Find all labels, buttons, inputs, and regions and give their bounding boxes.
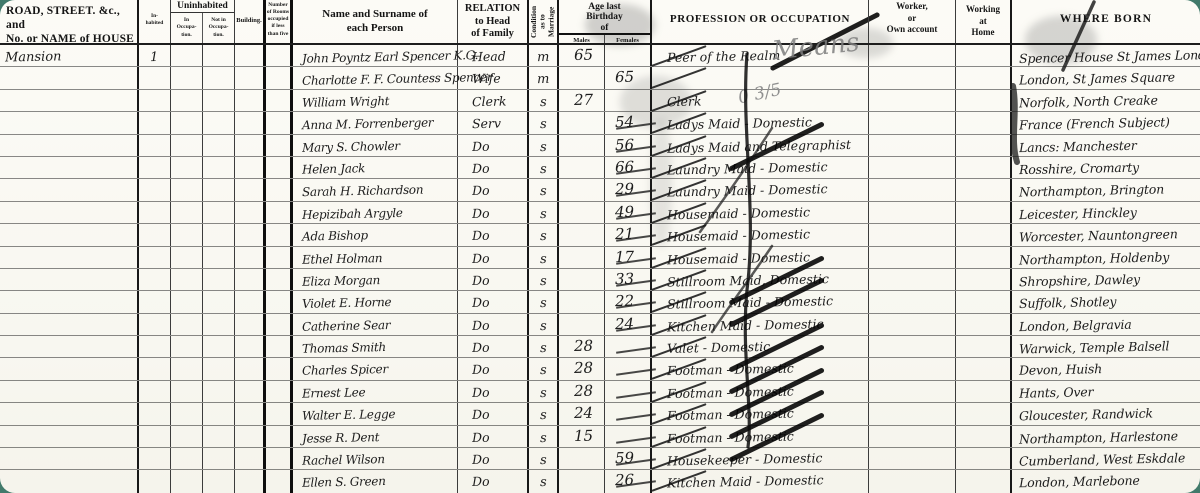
empty-cell	[955, 135, 1010, 156]
name-text: Ernest Lee	[293, 385, 366, 401]
house-cell	[0, 90, 137, 111]
header-uninhabited-group: Uninhabited In Occupa- tion. Not in Occu…	[170, 0, 234, 43]
empty-cell	[202, 202, 234, 223]
born-cell: Suffolk, Shotley	[1010, 291, 1200, 312]
born-cell: Gloucester, Randwick	[1010, 403, 1200, 424]
born-text: Northampton, Brington	[1012, 182, 1164, 200]
name-text: Walter E. Legge	[293, 407, 395, 423]
header-age-group: Age last Birthday of Males Females	[557, 0, 650, 43]
cond-text: s	[539, 296, 546, 311]
empty-cell	[868, 269, 955, 290]
name-text: Rachel Wilson	[293, 452, 385, 468]
empty-cell	[234, 358, 263, 379]
inh-cell	[137, 135, 170, 156]
empty-cell	[263, 224, 290, 245]
empty-cell	[868, 426, 955, 447]
empty-cell	[202, 448, 234, 469]
born-text: Leicester, Hinckley	[1012, 204, 1137, 222]
age_f-cell	[604, 90, 650, 111]
relation-text: Clerk	[458, 93, 507, 109]
cond-text: s	[539, 475, 546, 490]
empty-cell	[234, 426, 263, 447]
cond-cell: s	[527, 291, 557, 312]
empty-cell	[170, 291, 202, 312]
born-cell: Rosshire, Cromarty	[1010, 157, 1200, 178]
empty-cell	[202, 224, 234, 245]
age_f-cell	[604, 426, 650, 447]
house-cell	[0, 202, 137, 223]
inh-cell: 1	[137, 45, 170, 66]
born-text: Northampton, Holdenby	[1012, 249, 1169, 267]
born-cell: London, St James Square	[1010, 67, 1200, 88]
relation-cell: Do	[457, 247, 527, 268]
name-cell: Rachel Wilson	[290, 448, 457, 469]
empty-cell	[234, 403, 263, 424]
empty-cell	[234, 247, 263, 268]
inh-cell	[137, 269, 170, 290]
born-cell: Northampton, Brington	[1010, 179, 1200, 200]
empty-cell	[202, 90, 234, 111]
empty-cell	[170, 336, 202, 357]
census-rows: Mansion1John Poyntz Earl Spencer K.G.Hea…	[0, 45, 1200, 493]
name-text: Ellen S. Green	[293, 474, 386, 490]
empty-cell	[955, 179, 1010, 200]
relation-text: Do	[458, 273, 490, 289]
born-text: Rosshire, Cromarty	[1012, 160, 1139, 178]
cond-cell: s	[527, 157, 557, 178]
cond-text: s	[539, 95, 546, 110]
age_f-cell: 21	[604, 224, 650, 245]
born-cell: London, Belgravia	[1010, 314, 1200, 335]
cond-cell: s	[527, 247, 557, 268]
born-text: London, Marlebone	[1012, 473, 1140, 491]
cond-text: s	[539, 162, 546, 177]
relation-text: Head	[458, 49, 506, 65]
header-males: Males	[559, 35, 604, 43]
relation-cell: Do	[457, 358, 527, 379]
age_m-cell: 24	[557, 403, 604, 424]
prof-cell: Footman - Domestic	[650, 358, 868, 379]
name-cell: John Poyntz Earl Spencer K.G.	[290, 45, 457, 66]
cond-cell: m	[527, 45, 557, 66]
inh-cell	[137, 179, 170, 200]
age_f-cell: 17	[604, 247, 650, 268]
empty-cell	[170, 179, 202, 200]
cond-cell: s	[527, 448, 557, 469]
house-cell	[0, 291, 137, 312]
inh-cell	[137, 67, 170, 88]
house-cell	[0, 67, 137, 88]
empty-cell	[955, 157, 1010, 178]
cond-cell: s	[527, 426, 557, 447]
empty-cell	[170, 224, 202, 245]
cond-text: s	[539, 453, 546, 468]
cond-text: s	[539, 117, 546, 132]
cond-text: s	[539, 229, 546, 244]
header-uninhabited-subcolumns: In Occupa- tion. Not in Occupa- tion.	[171, 13, 234, 43]
census-row: Ethel HolmanDos17Housemaid - DomesticNor…	[0, 247, 1200, 269]
relation-cell: Do	[457, 157, 527, 178]
age_m-cell: 65	[557, 45, 604, 66]
empty-cell	[955, 224, 1010, 245]
house-cell	[0, 135, 137, 156]
relation-text: Do	[458, 295, 490, 311]
empty-cell	[868, 45, 955, 66]
cond-text: s	[539, 139, 546, 154]
name-cell: Hepizibah Argyle	[290, 202, 457, 223]
relation-text: Do	[458, 474, 490, 490]
empty-cell	[234, 470, 263, 492]
empty-cell	[868, 135, 955, 156]
age_m-text: 27	[559, 90, 593, 109]
house-cell	[0, 247, 137, 268]
prof-cell: Footman - Domestic	[650, 426, 868, 447]
census-row: Ellen S. GreenDos26Kitchen Maid - Domest…	[0, 470, 1200, 492]
name-text: Mary S. Chowler	[293, 138, 400, 154]
name-cell: Helen Jack	[290, 157, 457, 178]
inh-cell	[137, 336, 170, 357]
empty-cell	[868, 314, 955, 335]
empty-cell	[234, 381, 263, 402]
inh-cell	[137, 403, 170, 424]
age_m-cell	[557, 135, 604, 156]
relation-cell: Do	[457, 269, 527, 290]
empty-cell	[868, 202, 955, 223]
empty-cell	[202, 470, 234, 492]
name-cell: William Wright	[290, 90, 457, 111]
census-row: William WrightClerks27ClerkNorfolk, Nort…	[0, 90, 1200, 112]
prof-cell: Housekeeper - Domestic	[650, 448, 868, 469]
empty-cell	[202, 247, 234, 268]
born-text: Devon, Huish	[1012, 362, 1102, 379]
relation-text: Do	[458, 183, 490, 199]
empty-cell	[263, 314, 290, 335]
empty-cell	[263, 135, 290, 156]
empty-cell	[234, 202, 263, 223]
age_m-cell	[557, 202, 604, 223]
empty-cell	[263, 67, 290, 88]
header-females: Females	[604, 35, 650, 43]
name-cell: Ada Bishop	[290, 224, 457, 245]
age_m-text: 28	[559, 337, 593, 356]
cond-cell: s	[527, 90, 557, 111]
prof-cell: Ladys Maid - Domestic	[650, 112, 868, 133]
census-row: Helen JackDos66Laundry Maid - DomesticRo…	[0, 157, 1200, 179]
name-cell: Ernest Lee	[290, 381, 457, 402]
born-text: London, St James Square	[1012, 70, 1175, 88]
name-cell: Catherine Sear	[290, 314, 457, 335]
census-row: Eliza MorganDos33Stillroom Maid, Domesti…	[0, 269, 1200, 291]
age_m-cell	[557, 269, 604, 290]
cond-cell: s	[527, 381, 557, 402]
empty-cell	[170, 470, 202, 492]
house-cell	[0, 448, 137, 469]
empty-cell	[955, 470, 1010, 492]
empty-cell	[202, 157, 234, 178]
cond-text: s	[539, 386, 546, 401]
house-cell	[0, 269, 137, 290]
empty-cell	[955, 314, 1010, 335]
empty-cell	[263, 202, 290, 223]
age_m-cell: 27	[557, 90, 604, 111]
age_f-cell	[604, 381, 650, 402]
header-where-born: WHERE BORN	[1010, 0, 1200, 43]
name-text: Charles Spicer	[293, 362, 388, 378]
cond-text: m	[537, 72, 550, 87]
empty-cell	[868, 179, 955, 200]
inh-cell	[137, 157, 170, 178]
header-not-in-occupation: Not in Occupa- tion.	[202, 13, 234, 43]
header-name-surname: Name and Surname of each Person	[290, 0, 457, 43]
empty-cell	[263, 112, 290, 133]
empty-cell	[170, 381, 202, 402]
born-cell: Spencer House St James London	[1010, 45, 1200, 66]
house-cell	[0, 403, 137, 424]
relation-cell: Serv	[457, 112, 527, 133]
empty-cell	[868, 157, 955, 178]
cond-cell: s	[527, 314, 557, 335]
empty-cell	[955, 90, 1010, 111]
name-text: Violet E. Horne	[293, 295, 392, 311]
cond-cell: s	[527, 202, 557, 223]
empty-cell	[234, 336, 263, 357]
empty-cell	[868, 112, 955, 133]
relation-cell: Do	[457, 314, 527, 335]
name-cell: Ethel Holman	[290, 247, 457, 268]
empty-cell	[868, 67, 955, 88]
inh-cell	[137, 247, 170, 268]
name-cell: Violet E. Horne	[290, 291, 457, 312]
relation-text: Do	[458, 385, 490, 401]
name-cell: Mary S. Chowler	[290, 135, 457, 156]
born-cell: Leicester, Hinckley	[1010, 202, 1200, 223]
age_m-cell	[557, 224, 604, 245]
inh-cell	[137, 381, 170, 402]
empty-cell	[170, 112, 202, 133]
cond-cell: s	[527, 358, 557, 379]
census-scan-page: ROAD, STREET. &c., and No. or NAME of HO…	[0, 0, 1200, 493]
empty-cell	[955, 336, 1010, 357]
prof-text: Valet - Domestic	[652, 339, 770, 356]
empty-cell	[868, 403, 955, 424]
name-cell: Anna M. Forrenberger	[290, 112, 457, 133]
empty-cell	[202, 336, 234, 357]
cond-text: s	[539, 341, 546, 356]
house-cell	[0, 157, 137, 178]
relation-text: Do	[458, 407, 490, 423]
house-cell	[0, 112, 137, 133]
inh-cell	[137, 291, 170, 312]
age_m-cell	[557, 157, 604, 178]
header-rooms: Number of Rooms occupied if less than fi…	[263, 0, 290, 43]
census-row: Mary S. ChowlerDos56Ladys Maid and Teleg…	[0, 135, 1200, 157]
born-text: Cumberland, West Eskdale	[1012, 450, 1185, 469]
empty-cell	[955, 67, 1010, 88]
empty-cell	[170, 67, 202, 88]
born-text: France (French Subject)	[1012, 115, 1170, 133]
header-relation: RELATION to Head of Family	[457, 0, 527, 43]
empty-cell	[955, 448, 1010, 469]
born-cell: France (French Subject)	[1010, 112, 1200, 133]
inh-cell	[137, 112, 170, 133]
header-uninhabited: Uninhabited	[171, 0, 234, 13]
age_m-cell	[557, 448, 604, 469]
empty-cell	[234, 90, 263, 111]
name-text: Ethel Holman	[293, 251, 383, 267]
relation-cell: Wife	[457, 67, 527, 88]
age_m-cell	[557, 112, 604, 133]
name-cell: Jesse R. Dent	[290, 426, 457, 447]
empty-cell	[955, 291, 1010, 312]
name-text: Jesse R. Dent	[293, 430, 379, 446]
cond-text: s	[539, 431, 546, 446]
empty-cell	[234, 45, 263, 66]
age_m-cell	[557, 470, 604, 492]
age_m-cell	[557, 291, 604, 312]
empty-cell	[263, 470, 290, 492]
inh-cell	[137, 448, 170, 469]
prof-cell: Housemaid - Domestic	[650, 202, 868, 223]
prof-cell: Laundry Maid - Domestic	[650, 157, 868, 178]
age_m-cell	[557, 179, 604, 200]
header-road-street: ROAD, STREET. &c., and No. or NAME of HO…	[0, 0, 137, 43]
house-cell	[0, 179, 137, 200]
relation-text: Do	[458, 452, 490, 468]
born-cell: Northampton, Holdenby	[1010, 247, 1200, 268]
name-cell: Walter E. Legge	[290, 403, 457, 424]
empty-cell	[263, 336, 290, 357]
house-cell	[0, 470, 137, 492]
prof-cell: Housemaid - Domestic	[650, 247, 868, 268]
relation-cell: Do	[457, 224, 527, 245]
empty-cell	[263, 157, 290, 178]
relation-cell: Do	[457, 403, 527, 424]
age_f-text: 65	[605, 68, 634, 87]
house-cell	[0, 358, 137, 379]
born-cell: Norfolk, North Creake	[1010, 90, 1200, 111]
empty-cell	[263, 179, 290, 200]
relation-cell: Do	[457, 470, 527, 492]
name-text: Thomas Smith	[293, 340, 386, 356]
age_m-cell	[557, 247, 604, 268]
cond-cell: m	[527, 67, 557, 88]
born-text: Warwick, Temple Balsell	[1012, 338, 1170, 356]
relation-cell: Clerk	[457, 90, 527, 111]
empty-cell	[234, 269, 263, 290]
inh-cell	[137, 224, 170, 245]
born-text: Worcester, Nauntongreen	[1012, 226, 1178, 244]
census-row: Sarah H. RichardsonDos29Laundry Maid - D…	[0, 179, 1200, 201]
born-cell: Hants, Over	[1010, 381, 1200, 402]
age_m-text: 65	[559, 46, 593, 65]
house-cell	[0, 381, 137, 402]
age_m-text: 15	[559, 426, 593, 445]
empty-cell	[170, 358, 202, 379]
cond-cell: s	[527, 470, 557, 492]
age_m-cell: 28	[557, 358, 604, 379]
empty-cell	[263, 403, 290, 424]
header-building: Building.	[234, 0, 263, 43]
house-cell: Mansion	[0, 45, 137, 66]
cond-cell: s	[527, 224, 557, 245]
empty-cell	[868, 448, 955, 469]
age_f-cell: 33	[604, 269, 650, 290]
relation-text: Do	[458, 340, 490, 356]
born-cell: Northampton, Harlestone	[1010, 426, 1200, 447]
born-cell: London, Marlebone	[1010, 470, 1200, 492]
census-row: Mansion1John Poyntz Earl Spencer K.G.Hea…	[0, 45, 1200, 67]
empty-cell	[170, 448, 202, 469]
prof-cell: Footman - Domestic	[650, 403, 868, 424]
relation-cell: Do	[457, 426, 527, 447]
name-text: Sarah H. Richardson	[293, 183, 423, 200]
header-inhabited: In- habited	[137, 0, 170, 43]
inh-cell	[137, 426, 170, 447]
empty-cell	[234, 67, 263, 88]
relation-text: Do	[458, 429, 490, 445]
relation-text: Do	[458, 317, 490, 333]
born-text: Northampton, Harlestone	[1012, 428, 1178, 446]
empty-cell	[234, 112, 263, 133]
empty-cell	[202, 358, 234, 379]
born-text: Shropshire, Dawley	[1012, 272, 1140, 290]
age_f-cell: 65	[604, 67, 650, 88]
header-condition: Condition as to Marriage	[527, 0, 557, 43]
header-condition-label: Condition as to Marriage	[530, 5, 556, 37]
table-header: ROAD, STREET. &c., and No. or NAME of HO…	[0, 0, 1200, 45]
empty-cell	[202, 291, 234, 312]
cond-text: s	[539, 319, 546, 334]
prof-cell: Stillroom Maid, Domestic	[650, 269, 868, 290]
empty-cell	[955, 269, 1010, 290]
empty-cell	[202, 45, 234, 66]
empty-cell	[202, 269, 234, 290]
prof-cell: Ladys Maid and Telegraphist	[650, 135, 868, 156]
house-text: Mansion	[0, 49, 62, 65]
name-text: John Poyntz Earl Spencer K.G.	[293, 48, 478, 66]
name-cell: Eliza Morgan	[290, 269, 457, 290]
cond-text: s	[539, 274, 546, 289]
age_f-cell: 49	[604, 202, 650, 223]
empty-cell	[202, 67, 234, 88]
empty-cell	[868, 247, 955, 268]
relation-cell: Do	[457, 179, 527, 200]
census-row: Ada BishopDos21Housemaid - DomesticWorce…	[0, 224, 1200, 246]
cond-text: s	[539, 207, 546, 222]
empty-cell	[263, 45, 290, 66]
empty-cell	[202, 314, 234, 335]
house-cell	[0, 426, 137, 447]
cond-cell: s	[527, 336, 557, 357]
empty-cell	[234, 135, 263, 156]
born-cell: Shropshire, Dawley	[1010, 269, 1200, 290]
empty-cell	[170, 426, 202, 447]
born-text: London, Belgravia	[1012, 316, 1132, 334]
empty-cell	[170, 90, 202, 111]
age_m-text: 28	[559, 382, 593, 401]
prof-cell: Peer of the Realm	[650, 45, 868, 66]
name-cell: Charlotte F. F. Countess Spencer	[290, 67, 457, 88]
relation-cell: Do	[457, 448, 527, 469]
name-cell: Charles Spicer	[290, 358, 457, 379]
inh-cell	[137, 470, 170, 492]
inh-cell	[137, 90, 170, 111]
cond-text: s	[539, 251, 546, 266]
name-text: Helen Jack	[293, 161, 365, 177]
relation-text: Do	[458, 250, 490, 266]
cond-cell: s	[527, 269, 557, 290]
header-age-subcolumns: Males Females	[559, 33, 650, 43]
